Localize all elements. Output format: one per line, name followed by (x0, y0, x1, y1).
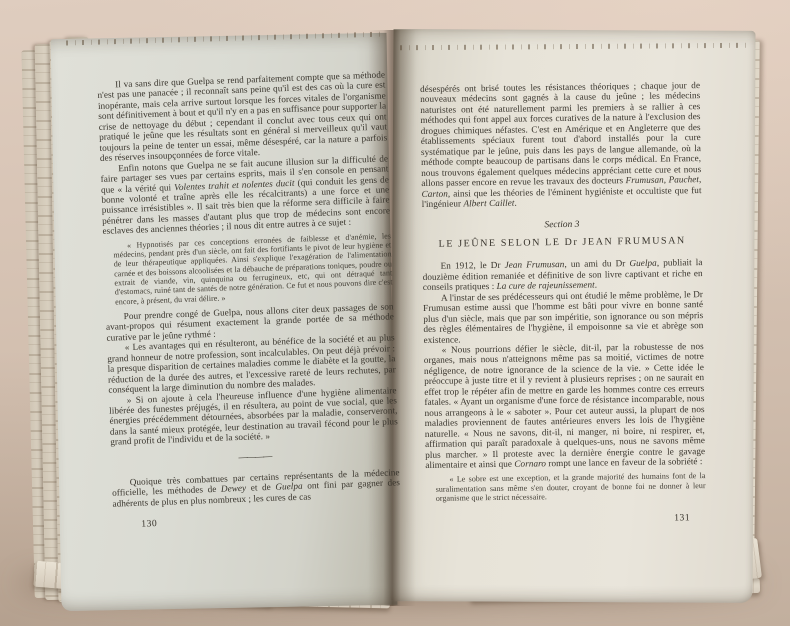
paragraph: Enfin notons que Guelpa ne se fait aucun… (100, 153, 390, 237)
paragraph: Quoique très combattues par certains rep… (112, 467, 401, 509)
paragraph: A l'instar de ses prédécesseurs qui ont … (423, 289, 704, 345)
small-print-quote: « Hypnotisés par ces conceptions erronée… (113, 231, 393, 306)
section-label: Section 3 (422, 219, 702, 233)
book-photo: Il va sans dire que Guelpa se rend parfa… (0, 0, 790, 626)
paragraph: » Si on ajoute à cela l'heureuse influen… (109, 385, 399, 448)
left-page-text-column: Il va sans dire que Guelpa se rend parfa… (97, 69, 401, 531)
paragraph: Il va sans dire que Guelpa se rend parfa… (97, 69, 388, 163)
paragraph: désespérés ont brisé toutes les résistan… (420, 80, 702, 209)
paragraph: « Nous pourrions défier le siècle, dit-i… (424, 341, 706, 470)
text-divider: ———— (111, 445, 399, 468)
small-print-quote: « Le sobre est une exception, et la gran… (435, 471, 705, 503)
right-page-paragraphs: désespérés ont brisé toutes les résistan… (420, 80, 706, 503)
left-page-paragraphs: Il va sans dire que Guelpa se rend parfa… (97, 69, 401, 508)
paragraph: En 1912, le Dr Jean Frumusan, un ami du … (422, 257, 702, 292)
right-page-text-column: désespérés ont brisé toutes les résistan… (420, 80, 706, 528)
section-heading: LE JEÛNE SELON LE Dr JEAN FRUMUSAN (422, 236, 702, 250)
